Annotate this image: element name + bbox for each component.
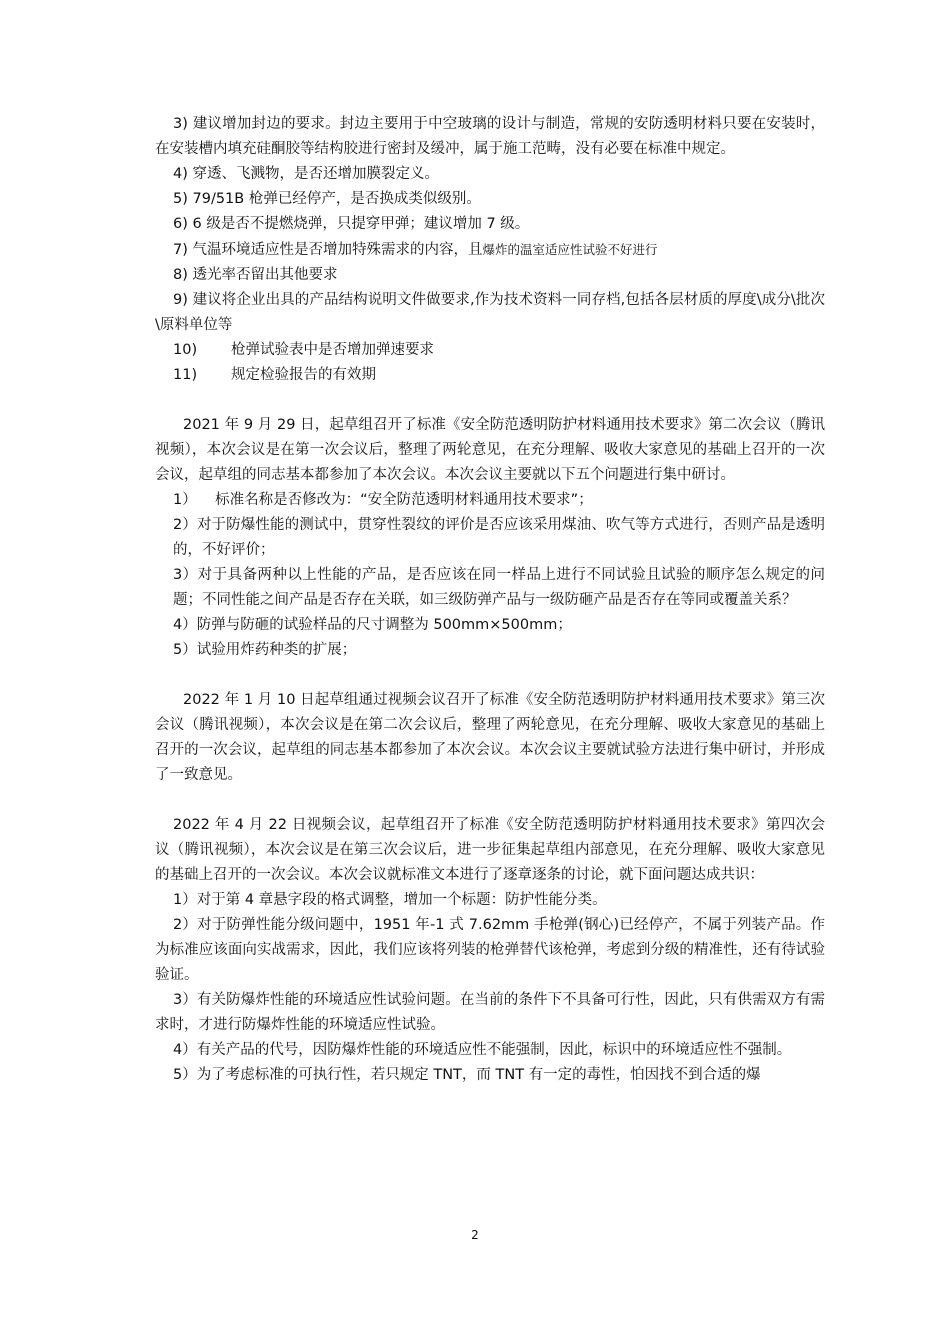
list-item: 10)枪弹试验表中是否增加弹速要求 xyxy=(155,338,825,363)
list-item: 5）试验用炸药种类的扩展； xyxy=(155,638,825,663)
list-item: 4）防弹与防砸的试验样品的尺寸调整为 500mm×500mm； xyxy=(155,613,825,638)
list-item: 11)规定检验报告的有效期 xyxy=(155,363,825,388)
list-item: 1） 标准名称是否修改为：“安全防范透明材料通用技术要求”； xyxy=(155,488,825,513)
list-item: 3）对于具备两种以上性能的产品，是否应该在同一样品上进行不同试验且试验的顺序怎么… xyxy=(155,563,825,613)
list-item: 9) 建议将企业出具的产品结构说明文件做要求,作为技术资料一同存档,包括各层材质… xyxy=(155,288,825,338)
list-item: 1）对于第 4 章悬字段的格式调整，增加一个标题：防护性能分类。 xyxy=(155,888,825,913)
list-item: 6) 6 级是否不提燃烧弹，只提穿甲弹；建议增加 7 级。 xyxy=(155,212,825,237)
list-item: 2）对于防爆性能的测试中，贯穿性裂纹的评价是否应该采用煤油、吹气等方式进行，否则… xyxy=(155,513,825,563)
list-item: 5）为了考虑标准的可执行性，若只规定 TNT，而 TNT 有一定的毒性，怕因找不… xyxy=(155,1063,825,1088)
document-page: 3) 建议增加封边的要求。封边主要用于中空玻璃的设计与制造，常规的安防透明材料只… xyxy=(155,112,825,1088)
list-item: 3) 建议增加封边的要求。封边主要用于中空玻璃的设计与制造，常规的安防透明材料只… xyxy=(155,112,825,162)
meeting3-paragraph: 2022 年 1 月 10 日起草组通过视频会议召开了标准《安全防范透明防护材料… xyxy=(155,688,825,788)
page-number: 2 xyxy=(0,1228,950,1242)
list-item: 3）有关防爆炸性能的环境适应性试验问题。在当前的条件下不具备可行性，因此，只有供… xyxy=(155,988,825,1038)
list-item: 8) 透光率否留出其他要求 xyxy=(155,263,825,288)
list-item: 4）有关产品的代号，因防爆炸性能的环境适应性不能强制，因此，标识中的环境适应性不… xyxy=(155,1038,825,1063)
list-item: 7) 气温环境适应性是否增加特殊需求的内容，且爆炸的温室适应性试验不好进行 xyxy=(155,237,825,263)
meeting4-paragraph: 2022 年 4 月 22 日视频会议，起草组召开了标准《安全防范透明防护材料通… xyxy=(155,813,825,888)
list-item: 2）对于防弹性能分级问题中，1951 年-1 式 7.62mm 手枪弹(钢心)已… xyxy=(155,913,825,988)
list-item: 4) 穿透、飞溅物，是否还增加膜裂定义。 xyxy=(155,162,825,187)
list-item: 5) 79/51B 枪弹已经停产，是否换成类似级别。 xyxy=(155,187,825,212)
meeting2-paragraph: 2021 年 9 月 29 日，起草组召开了标准《安全防范透明防护材料通用技术要… xyxy=(155,413,825,488)
